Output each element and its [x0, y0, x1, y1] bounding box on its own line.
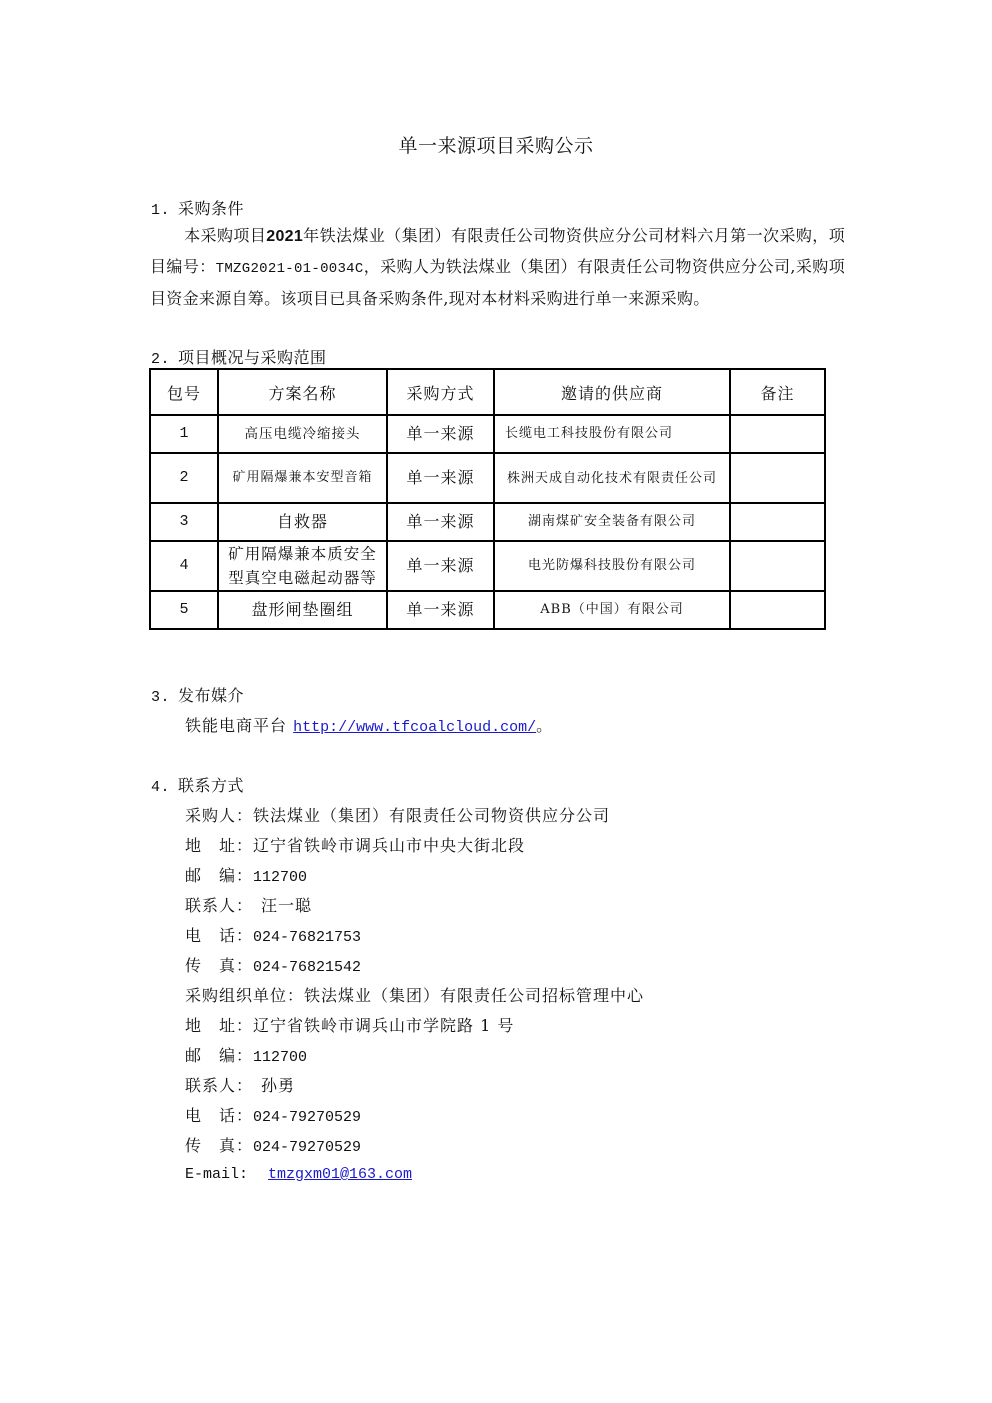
section1-paragraph: 本采购项目2021年铁法煤业（集团）有限责任公司物资供应分公司材料六月第一次采购…	[150, 221, 845, 314]
organizer-postcode-line: 邮 编：112700	[185, 1043, 307, 1066]
cell-method: 单一来源	[387, 453, 494, 503]
organizer-contact: 孙勇	[261, 1076, 295, 1095]
purchaser-contact: 汪一聪	[261, 896, 312, 915]
document-page: 单一来源项目采购公示 1.采购条件 本采购项目2021年铁法煤业（集团）有限责任…	[0, 0, 992, 1403]
cell-scheme: 矿用隔爆兼本安型音箱	[218, 453, 387, 503]
purchaser-fax: 024-76821542	[253, 959, 361, 976]
organizer-address-line: 地 址：辽宁省铁岭市调兵山市学院路 1 号	[185, 1013, 514, 1036]
cell-method: 单一来源	[387, 503, 494, 541]
cell-package: 5	[150, 591, 218, 629]
cell-supplier: 电光防爆科技股份有限公司	[494, 541, 730, 591]
cell-remark	[730, 591, 825, 629]
organizer-fax: 024-79270529	[253, 1139, 361, 1156]
cell-supplier: 湖南煤矿安全装备有限公司	[494, 503, 730, 541]
cell-scheme: 矿用隔爆兼本质安全型真空电磁起动器等	[218, 541, 387, 591]
document-title: 单一来源项目采购公示	[0, 131, 992, 158]
organizer-email-link[interactable]: tmzgxm01@163.com	[268, 1166, 412, 1183]
table-row: 2 矿用隔爆兼本安型音箱 单一来源 株洲天成自动化技术有限责任公司	[150, 453, 825, 503]
purchaser-phone: 024-76821753	[253, 929, 361, 946]
cell-remark	[730, 415, 825, 453]
procurement-scope-table: 包号 方案名称 采购方式 邀请的供应商 备注 1 高压电缆冷缩接头 单一来源 长…	[149, 368, 826, 630]
section1-number: 1.	[151, 202, 170, 219]
cell-supplier: 株洲天成自动化技术有限责任公司	[494, 453, 730, 503]
section2-heading: 2.项目概况与采购范围	[151, 345, 327, 368]
header-package: 包号	[150, 369, 218, 415]
section4-heading: 4.联系方式	[151, 773, 244, 796]
purchaser-postcode: 112700	[253, 869, 307, 886]
organizer-phone: 024-79270529	[253, 1109, 361, 1126]
cell-remark	[730, 541, 825, 591]
section4-title: 联系方式	[178, 776, 244, 795]
organizer-phone-line: 电 话：024-79270529	[185, 1103, 361, 1126]
organizer-postcode: 112700	[253, 1049, 307, 1066]
cell-scheme: 自救器	[218, 503, 387, 541]
purchaser-address-line: 地 址：辽宁省铁岭市调兵山市中央大街北段	[185, 833, 525, 856]
purchaser-phone-line: 电 话：024-76821753	[185, 923, 361, 946]
organizer-name: 铁法煤业（集团）有限责任公司招标管理中心	[304, 986, 644, 1005]
table-row: 3 自救器 单一来源 湖南煤矿安全装备有限公司	[150, 503, 825, 541]
section1-title: 采购条件	[178, 199, 244, 218]
organizer-fax-line: 传 真：024-79270529	[185, 1133, 361, 1156]
cell-package: 2	[150, 453, 218, 503]
header-scheme: 方案名称	[218, 369, 387, 415]
cell-package: 4	[150, 541, 218, 591]
purchaser-address: 辽宁省铁岭市调兵山市中央大街北段	[253, 836, 525, 855]
organizer-line: 采购组织单位：铁法煤业（集团）有限责任公司招标管理中心	[185, 983, 644, 1006]
cell-method: 单一来源	[387, 415, 494, 453]
table-row: 1 高压电缆冷缩接头 单一来源 长缆电工科技股份有限公司	[150, 415, 825, 453]
purchaser-fax-line: 传 真：024-76821542	[185, 953, 361, 976]
header-supplier: 邀请的供应商	[494, 369, 730, 415]
purchaser-postcode-line: 邮 编：112700	[185, 863, 307, 886]
section3-heading: 3.发布媒介	[151, 683, 244, 706]
project-year: 2021	[266, 228, 303, 245]
header-remark: 备注	[730, 369, 825, 415]
section1-heading: 1.采购条件	[151, 196, 244, 219]
platform-url-link[interactable]: http://www.tfcoalcloud.com/	[293, 719, 536, 736]
cell-remark	[730, 453, 825, 503]
organizer-address: 辽宁省铁岭市调兵山市学院路 1 号	[253, 1016, 514, 1035]
section2-title: 项目概况与采购范围	[178, 348, 327, 367]
section2-number: 2.	[151, 351, 170, 368]
cell-scheme: 盘形闸垫圈组	[218, 591, 387, 629]
table-header-row: 包号 方案名称 采购方式 邀请的供应商 备注	[150, 369, 825, 415]
purchaser-name: 铁法煤业（集团）有限责任公司物资供应分公司	[253, 806, 610, 825]
cell-package: 3	[150, 503, 218, 541]
organizer-email-line: E-mail:tmzgxm01@163.com	[185, 1163, 412, 1183]
platform-name: 铁能电商平台	[185, 716, 287, 735]
cell-method: 单一来源	[387, 591, 494, 629]
section4-number: 4.	[151, 779, 170, 796]
publication-media-line: 铁能电商平台 http://www.tfcoalcloud.com/。	[185, 713, 553, 736]
cell-method: 单一来源	[387, 541, 494, 591]
cell-scheme: 高压电缆冷缩接头	[218, 415, 387, 453]
purchaser-contact-line: 联系人：汪一聪	[185, 893, 312, 916]
purchaser-line: 采购人：铁法煤业（集团）有限责任公司物资供应分公司	[185, 803, 610, 826]
table-row: 5 盘形闸垫圈组 单一来源 ABB（中国）有限公司	[150, 591, 825, 629]
project-code: TMZG2021-01-0034C	[216, 261, 364, 277]
cell-supplier: ABB（中国）有限公司	[494, 591, 730, 629]
cell-supplier: 长缆电工科技股份有限公司	[494, 415, 730, 453]
cell-remark	[730, 503, 825, 541]
header-method: 采购方式	[387, 369, 494, 415]
cell-package: 1	[150, 415, 218, 453]
section3-title: 发布媒介	[178, 686, 244, 705]
organizer-contact-line: 联系人：孙勇	[185, 1073, 295, 1096]
table-row: 4 矿用隔爆兼本质安全型真空电磁起动器等 单一来源 电光防爆科技股份有限公司	[150, 541, 825, 591]
section3-number: 3.	[151, 689, 170, 706]
